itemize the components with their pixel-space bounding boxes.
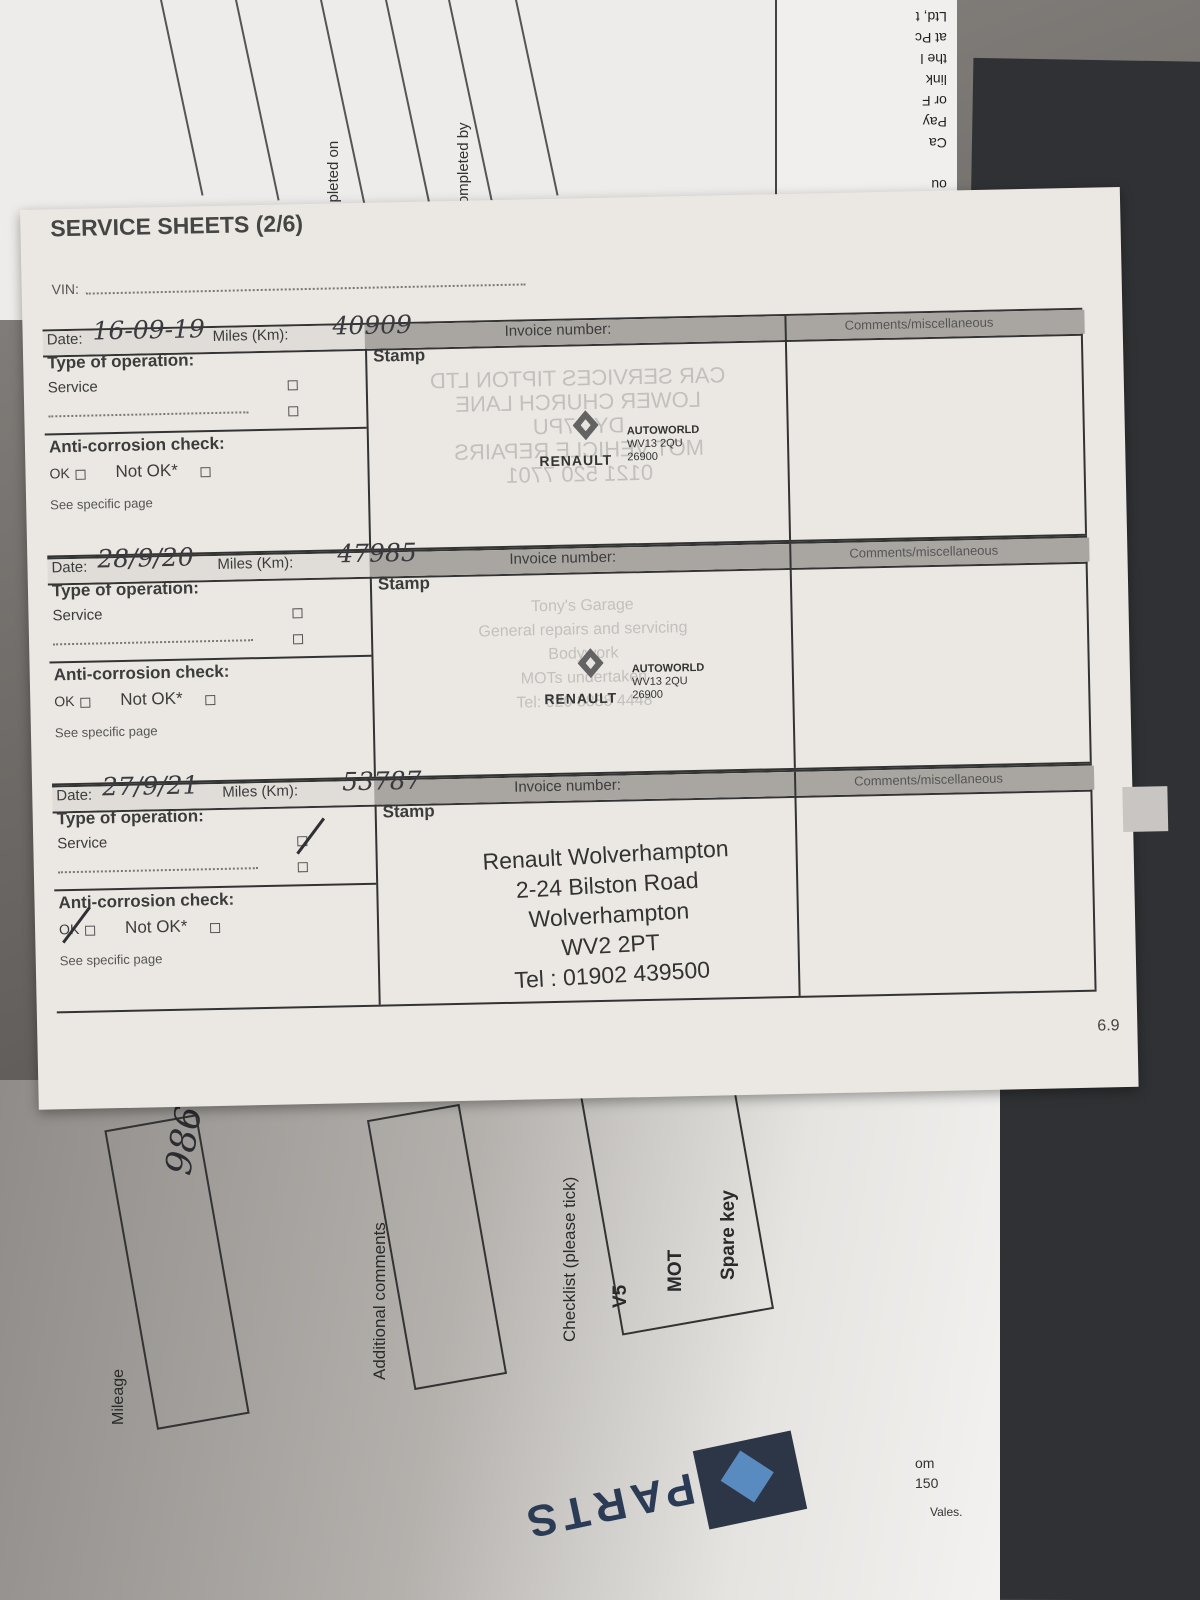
vin-label: VIN: xyxy=(52,281,80,298)
anti-corrosion-label: Anti-corrosion check: xyxy=(49,434,225,458)
column-line xyxy=(160,0,204,196)
checklist-item-mot[interactable]: MOT xyxy=(665,1250,687,1292)
date-value[interactable]: 16-09-19 xyxy=(92,314,205,345)
other-operation-checkbox[interactable] xyxy=(288,406,298,416)
clipped-text-line: Ca xyxy=(915,132,947,153)
miles-label: Miles (Km): xyxy=(213,326,289,345)
other-operation-checkbox[interactable] xyxy=(293,634,303,644)
invoice-number-label: Invoice number: xyxy=(514,777,621,796)
miles-value[interactable]: 40909 xyxy=(332,310,412,341)
ok-label: OK xyxy=(49,465,70,481)
ok-label: OK xyxy=(54,693,75,709)
not-ok-checkbox[interactable] xyxy=(200,467,210,477)
dealer-stamp-text: AUTOWORLDWV13 2QU26900 xyxy=(632,662,705,703)
other-operation-field[interactable] xyxy=(58,867,258,873)
not-ok-label: Not OK* xyxy=(120,689,183,710)
not-ok-checkbox[interactable] xyxy=(210,923,220,933)
ok-checkbox[interactable] xyxy=(80,698,90,708)
service-entry: Date: 28/9/20 Miles (Km): 47985 Invoice … xyxy=(47,536,1092,786)
dealer-stamp-text: AUTOWORLDWV13 2QU26900 xyxy=(627,424,700,465)
vin-field[interactable] xyxy=(86,283,526,294)
miles-label: Miles (Km): xyxy=(217,554,293,573)
date-value[interactable]: 28/9/20 xyxy=(97,542,194,573)
other-operation-field[interactable] xyxy=(48,411,248,417)
clipped-text-line xyxy=(915,153,947,174)
entry-body: Type of operation: Service Anti-corrosio… xyxy=(48,562,1092,786)
lower-sheet: Mileage 986 Additional comments Checklis… xyxy=(0,1080,1000,1600)
service-sheet-page: SERVICE SHEETS (2/6) VIN: 6.9 Date: 16-0… xyxy=(20,187,1139,1110)
see-specific-page-label: See specific page xyxy=(50,495,153,512)
date-label: Date: xyxy=(47,331,83,349)
see-specific-page-label: See specific page xyxy=(60,951,163,968)
miles-value[interactable]: 47985 xyxy=(337,538,417,569)
additional-comments-label: Additional comments xyxy=(370,1222,390,1380)
service-checkbox[interactable] xyxy=(292,608,302,618)
ok-checkbox[interactable] xyxy=(75,470,85,480)
other-operation-checkbox[interactable] xyxy=(298,862,308,872)
column-line xyxy=(385,0,433,215)
service-checkbox[interactable] xyxy=(288,380,298,390)
type-of-operation-label: Type of operation: xyxy=(57,806,204,829)
service-label: Service xyxy=(52,606,102,624)
invoice-number-label: Invoice number: xyxy=(504,321,611,340)
stamp-area: Stamp Tony's GarageGeneral repairs and s… xyxy=(372,568,794,777)
column-line xyxy=(235,0,280,201)
not-ok-label: Not OK* xyxy=(125,917,188,938)
ok-checkbox[interactable] xyxy=(85,926,95,936)
service-entry: Date: 16-09-19 Miles (Km): 40909 Invoice… xyxy=(43,308,1088,558)
date-label: Date: xyxy=(51,559,87,577)
service-entry: Date: 27/9/21 Miles (Km): 53787 Invoice … xyxy=(52,764,1097,1014)
side-text-2: 150 xyxy=(915,1475,938,1491)
see-specific-page-label: See specific page xyxy=(55,723,158,740)
date-value[interactable]: 27/9/21 xyxy=(102,770,199,801)
date-label: Date: xyxy=(56,787,92,805)
renault-brand-text: RENAULT xyxy=(544,690,617,708)
service-label: Service xyxy=(57,834,107,852)
not-ok-checkbox[interactable] xyxy=(205,695,215,705)
entry-body: Type of operation: Service Anti-corrosio… xyxy=(43,334,1087,558)
page-title: SERVICE SHEETS (2/6) xyxy=(50,210,303,242)
clipped-text-line: link xyxy=(915,69,947,90)
type-of-operation-label: Type of operation: xyxy=(52,578,199,601)
service-label: Service xyxy=(48,378,98,396)
checklist-label: Checklist (please tick) xyxy=(560,1177,580,1342)
checklist-item-v5[interactable]: V5 xyxy=(610,1285,632,1308)
miles-value[interactable]: 53787 xyxy=(342,766,422,797)
anti-corrosion-label: Anti-corrosion check: xyxy=(54,662,230,686)
comments-label: Comments/miscellaneous xyxy=(854,771,1003,789)
miles-label: Miles (Km): xyxy=(222,782,298,801)
renault-diamond-icon xyxy=(568,404,603,449)
invoice-number-label: Invoice number: xyxy=(509,549,616,568)
mileage-label: Mileage xyxy=(110,1369,128,1425)
type-of-operation-label: Type of operation: xyxy=(47,350,194,373)
stamp-area: Stamp Renault Wolverhampton2-24 Bilston … xyxy=(377,796,799,1005)
renault-brand-text: RENAULT xyxy=(539,452,612,470)
clipped-text-line: or F xyxy=(915,90,947,111)
stamp-label: Stamp xyxy=(373,346,425,367)
cube-icon xyxy=(721,1451,774,1503)
side-text-1: om xyxy=(915,1455,934,1471)
clipped-text-line: the l xyxy=(915,48,947,69)
clipped-text-line: Pay xyxy=(915,111,947,132)
clipped-text-line: at Pc xyxy=(915,27,947,48)
comments-label: Comments/miscellaneous xyxy=(849,543,998,561)
page-tab-marker xyxy=(1122,786,1168,832)
stamp-label: Stamp xyxy=(382,801,434,822)
stamp-label: Stamp xyxy=(378,574,430,595)
clipped-text-line: Ltd, t xyxy=(915,6,947,27)
side-text-3: Vales. xyxy=(930,1505,962,1519)
renault-diamond-icon xyxy=(573,642,608,687)
comments-label: Comments/miscellaneous xyxy=(844,315,993,333)
dealer-address-stamp: Renault Wolverhampton2-24 Bilston RoadWo… xyxy=(455,832,763,999)
other-operation-field[interactable] xyxy=(53,639,253,645)
checklist-item-spare-key[interactable]: Spare key xyxy=(718,1190,740,1280)
not-ok-label: Not OK* xyxy=(115,461,178,482)
page-number: 6.9 xyxy=(1097,1017,1120,1035)
entry-body: Type of operation: Service Anti-corrosio… xyxy=(53,790,1097,1014)
column-line xyxy=(515,0,559,196)
stamp-area: Stamp CAR SERVICES TIPTON LTDLOWER CHURC… xyxy=(367,340,789,549)
